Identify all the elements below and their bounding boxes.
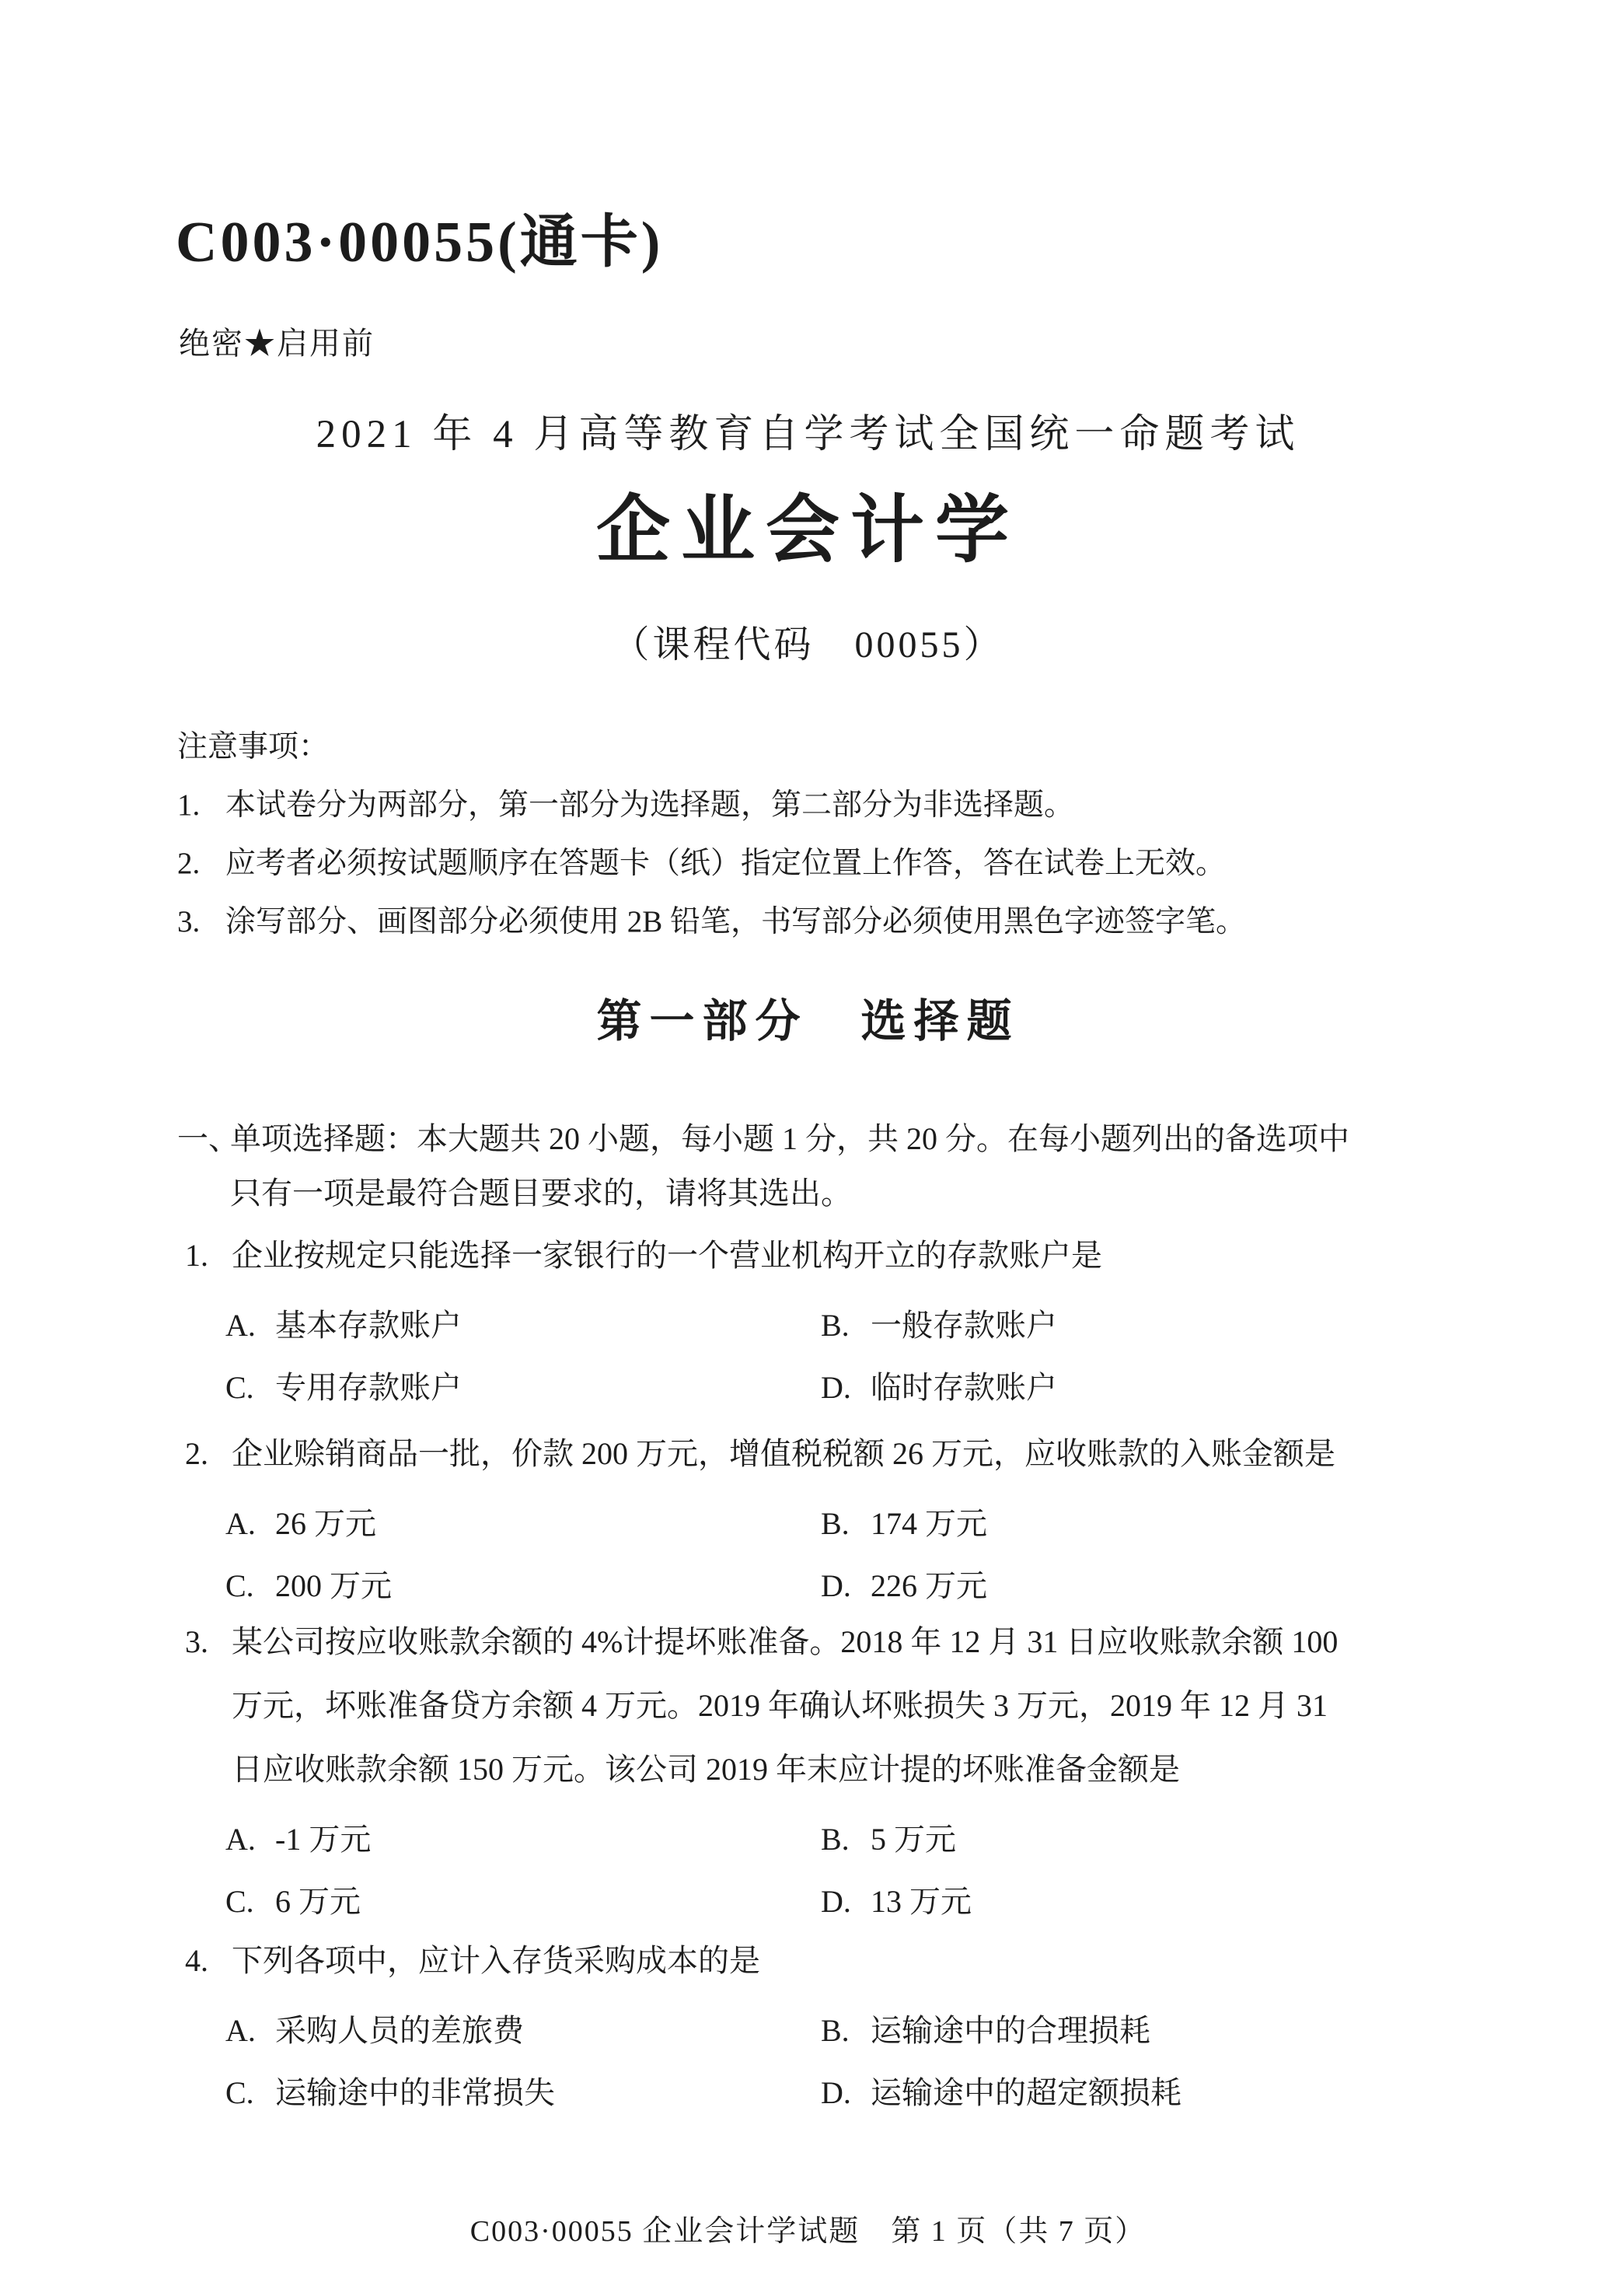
question-text: 日应收账款余额 150 万元。该公司 2019 年末应计提的坏账准备金额是	[185, 1749, 1499, 1791]
option-c: C. 200 万元	[225, 1565, 821, 1607]
course-code: （课程代码 00055）	[0, 614, 1616, 668]
option-label: B.	[821, 2010, 871, 2052]
option-label: D.	[821, 1565, 871, 1607]
option-text: 26 万元	[275, 1503, 376, 1545]
question-number: 4.	[185, 1940, 232, 1982]
option-text: 临时存款账户	[871, 1367, 1057, 1409]
option-b: B. 174 万元	[821, 1503, 987, 1545]
question-number: 1.	[185, 1235, 232, 1277]
question-text: 某公司按应收账款余额的 4%计提坏账准备。2018 年 12 月 31 日应收账…	[232, 1621, 1499, 1663]
option-text: 运输途中的非常损失	[275, 2072, 555, 2114]
option-a: A. 基本存款账户	[225, 1305, 821, 1347]
note-text: 本试卷分为两部分，第一部分为选择题，第二部分为非选择题。	[225, 786, 1491, 825]
option-label: A.	[225, 1503, 275, 1545]
option-a: A. -1 万元	[225, 1819, 821, 1861]
part1-heading: 第一部分 选择题	[0, 984, 1616, 1050]
option-label: B.	[821, 1503, 871, 1545]
option-text: 174 万元	[871, 1503, 987, 1545]
option-d: D. 13 万元	[821, 1881, 972, 1923]
page-footer: C003·00055 企业会计学试题 第 1 页（共 7 页）	[0, 2207, 1616, 2249]
option-text: 200 万元	[275, 1565, 392, 1607]
option-text: 运输途中的超定额损耗	[871, 2072, 1181, 2114]
option-text: -1 万元	[275, 1819, 371, 1861]
option-d: D. 运输途中的超定额损耗	[821, 2072, 1181, 2114]
question-text: 企业按规定只能选择一家银行的一个营业机构开立的存款账户是	[232, 1235, 1499, 1277]
note-text: 涂写部分、画图部分必须使用 2B 铅笔，书写部分必须使用黑色字迹签字笔。	[225, 903, 1491, 942]
option-label: B.	[821, 1819, 871, 1861]
option-d: D. 临时存款账户	[821, 1367, 1057, 1409]
option-b: B. 一般存款账户	[821, 1305, 1057, 1347]
question-text: 万元，坏账准备贷方余额 4 万元。2019 年确认坏账损失 3 万元，2019 …	[185, 1685, 1499, 1727]
question-stem: 2. 企业赊销商品一批，价款 200 万元，增值税税额 26 万元，应收账款的入…	[185, 1433, 1499, 1475]
option-label: C.	[225, 1565, 275, 1607]
option-d: D. 226 万元	[821, 1565, 987, 1607]
option-text: 一般存款账户	[871, 1305, 1057, 1347]
option-label: A.	[225, 1819, 275, 1861]
note-item: 3. 涂写部分、画图部分必须使用 2B 铅笔，书写部分必须使用黑色字迹签字笔。	[177, 903, 1491, 942]
option-label: C.	[225, 1367, 275, 1409]
question-3: 3. 某公司按应收账款余额的 4%计提坏账准备。2018 年 12 月 31 日…	[185, 1621, 1499, 1923]
option-label: D.	[821, 2072, 871, 2114]
question-1: 1. 企业按规定只能选择一家银行的一个营业机构开立的存款账户是 A. 基本存款账…	[185, 1235, 1499, 1409]
option-label: A.	[225, 2010, 275, 2052]
note-number: 2.	[177, 844, 225, 883]
question-4: 4. 下列各项中，应计入存货采购成本的是 A. 采购人员的差旅费 B. 运输途中…	[185, 1940, 1499, 2114]
instructions-text: 单项选择题：本大题共 20 小题，每小题 1 分，共 20 分。在每小题列出的备…	[230, 1118, 1349, 1160]
note-number: 3.	[177, 903, 225, 942]
notes-section: 注意事项： 1. 本试卷分为两部分，第一部分为选择题，第二部分为非选择题。 2.…	[177, 728, 1491, 942]
section-number: 一、	[177, 1118, 230, 1160]
paper-code: C003·00055(通卡)	[176, 196, 663, 278]
option-text: 运输途中的合理损耗	[871, 2010, 1150, 2052]
option-b: B. 运输途中的合理损耗	[821, 2010, 1150, 2052]
question-2: 2. 企业赊销商品一批，价款 200 万元，增值税税额 26 万元，应收账款的入…	[185, 1433, 1499, 1607]
option-text: 基本存款账户	[275, 1305, 462, 1347]
instructions-line: 只有一项是最符合题目要求的，请将其选出。	[177, 1172, 1499, 1214]
question-stem: 4. 下列各项中，应计入存货采购成本的是	[185, 1940, 1499, 1982]
option-text: 5 万元	[871, 1819, 956, 1861]
question-stem: 3. 某公司按应收账款余额的 4%计提坏账准备。2018 年 12 月 31 日…	[185, 1621, 1499, 1663]
secrecy-notice: 绝密★启用前	[179, 319, 375, 363]
option-c: C. 6 万元	[225, 1881, 821, 1923]
note-number: 1.	[177, 786, 225, 825]
option-text: 采购人员的差旅费	[275, 2010, 524, 2052]
option-text: 专用存款账户	[275, 1367, 462, 1409]
option-label: C.	[225, 2072, 275, 2114]
question-text: 下列各项中，应计入存货采购成本的是	[232, 1940, 1499, 1982]
exam-paper-page: C003·00055(通卡) 绝密★启用前 2021 年 4 月高等教育自学考试…	[0, 0, 1616, 2296]
option-label: A.	[225, 1305, 275, 1347]
question-number: 2.	[185, 1433, 232, 1475]
option-label: B.	[821, 1305, 871, 1347]
option-text: 6 万元	[275, 1881, 361, 1923]
question-number: 3.	[185, 1621, 232, 1663]
instructions-line: 一、 单项选择题：本大题共 20 小题，每小题 1 分，共 20 分。在每小题列…	[177, 1118, 1499, 1160]
question-stem: 1. 企业按规定只能选择一家银行的一个营业机构开立的存款账户是	[185, 1235, 1499, 1277]
note-text: 应考者必须按试题顺序在答题卡（纸）指定位置上作答，答在试卷上无效。	[225, 844, 1491, 883]
notes-heading: 注意事项：	[177, 728, 1491, 767]
note-item: 2. 应考者必须按试题顺序在答题卡（纸）指定位置上作答，答在试卷上无效。	[177, 844, 1491, 883]
option-text: 226 万元	[871, 1565, 987, 1607]
option-c: C. 运输途中的非常损失	[225, 2072, 821, 2114]
section-instructions: 一、 单项选择题：本大题共 20 小题，每小题 1 分，共 20 分。在每小题列…	[177, 1118, 1499, 1214]
exam-title: 企业会计学	[0, 471, 1616, 577]
option-c: C. 专用存款账户	[225, 1367, 821, 1409]
option-text: 13 万元	[871, 1881, 972, 1923]
question-text: 企业赊销商品一批，价款 200 万元，增值税税额 26 万元，应收账款的入账金额…	[232, 1433, 1499, 1475]
option-label: C.	[225, 1881, 275, 1923]
exam-session-line: 2021 年 4 月高等教育自学考试全国统一命题考试	[0, 401, 1616, 459]
option-label: D.	[821, 1881, 871, 1923]
option-a: A. 采购人员的差旅费	[225, 2010, 821, 2052]
option-b: B. 5 万元	[821, 1819, 956, 1861]
note-item: 1. 本试卷分为两部分，第一部分为选择题，第二部分为非选择题。	[177, 786, 1491, 825]
option-a: A. 26 万元	[225, 1503, 821, 1545]
option-label: D.	[821, 1367, 871, 1409]
